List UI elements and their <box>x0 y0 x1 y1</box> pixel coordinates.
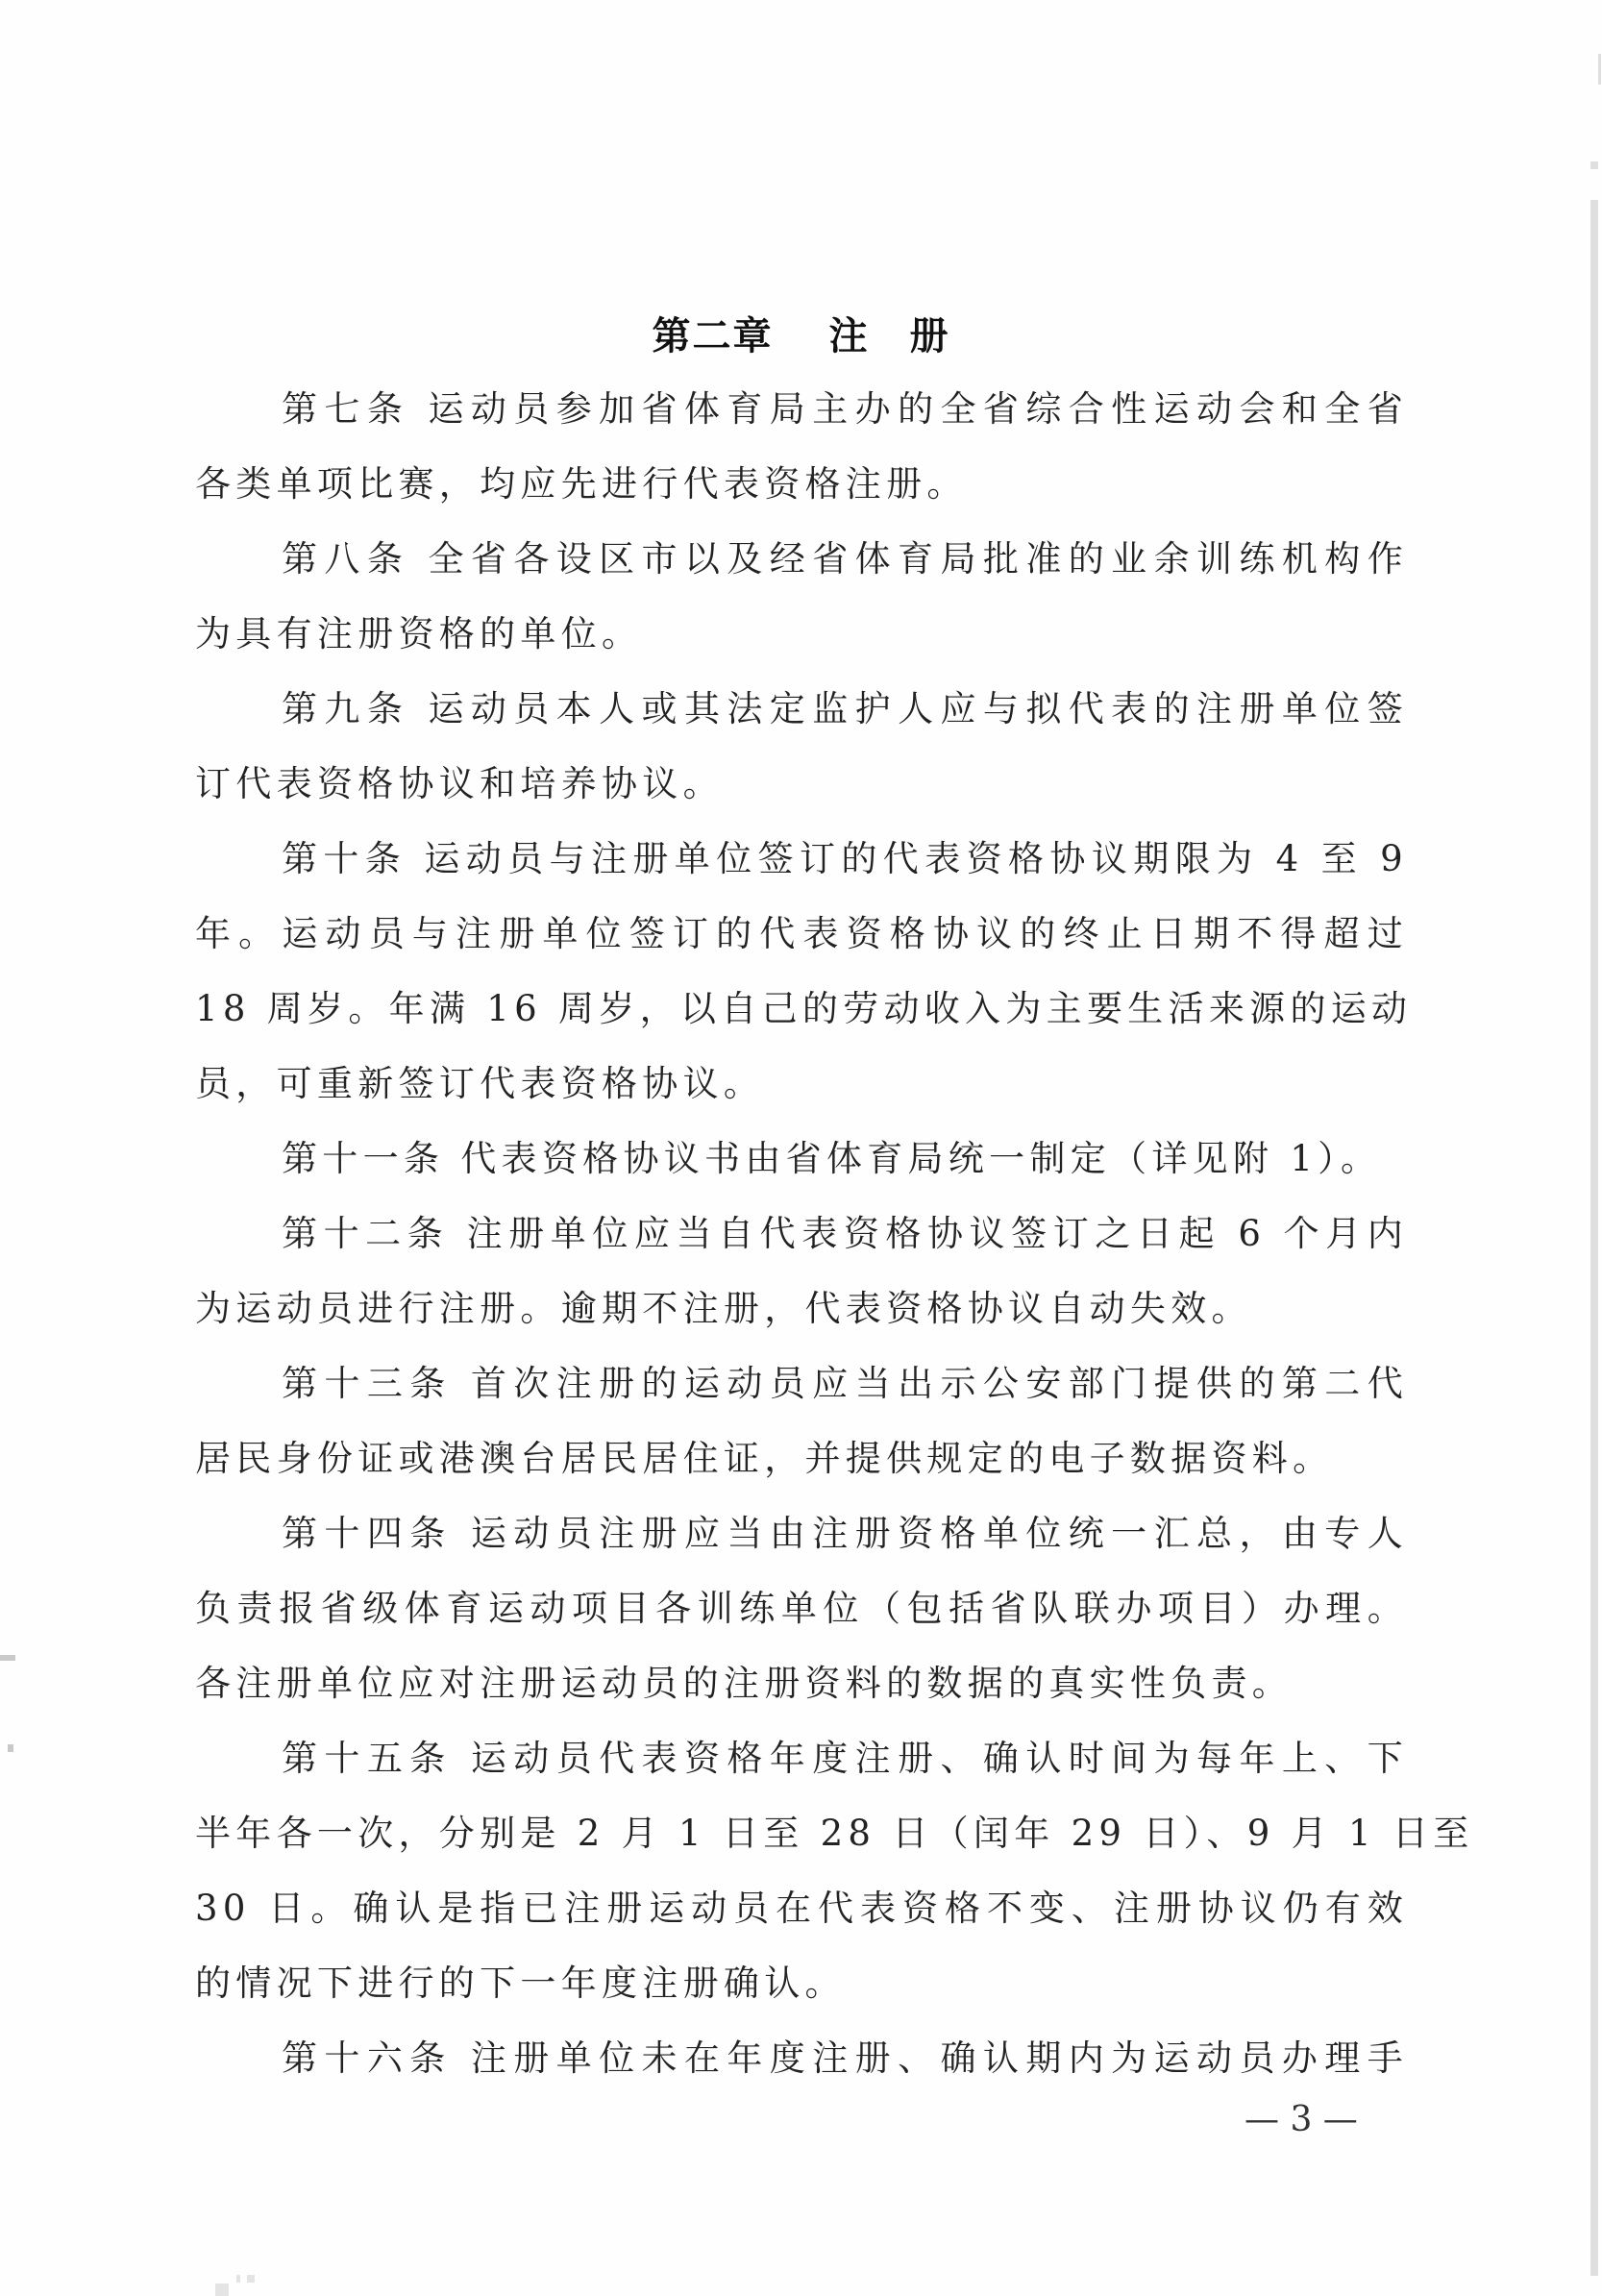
chapter-heading: 第二章 注 册 <box>0 306 1602 360</box>
scan-edge-bar <box>1590 200 1598 2026</box>
document-page: 第二章 注 册 第七条 运动员参加省体育局主办的全省综合性运动会和全省 各类单项… <box>0 0 1602 2296</box>
scan-edge-mark <box>8 1744 13 1752</box>
paragraph-line: 30 日。确认是指已注册运动员在代表资格不变、注册协议仍有效 <box>195 1880 1408 1938</box>
paragraph-line: 第十五条 运动员代表资格年度注册、确认时间为每年上、下 <box>282 1730 1408 1788</box>
paragraph-line: 第十三条 首次注册的运动员应当出示公安部门提供的第二代 <box>282 1355 1408 1413</box>
paragraph-line: 订代表资格协议和培养协议。 <box>195 755 1408 813</box>
scan-edge-mark <box>215 2284 229 2296</box>
paragraph-line: 第九条 运动员本人或其法定监护人应与拟代表的注册单位签 <box>282 680 1408 738</box>
scan-edge-bar <box>1590 1968 1598 2276</box>
paragraph-line: 第七条 运动员参加省体育局主办的全省综合性运动会和全省 <box>282 381 1408 438</box>
scan-edge-mark <box>0 1655 15 1661</box>
page-number: — 3 — <box>1245 2100 1358 2139</box>
paragraph-line: 半年各一次，分别是 2 月 1 日至 28 日（闰年 29 日）、9 月 1 日… <box>195 1805 1408 1863</box>
paragraph-line: 第十二条 注册单位应当自代表资格协议签订之日起 6 个月内 <box>282 1205 1408 1263</box>
paragraph-line: 负责报省级体育运动项目各训练单位（包括省队联办项目）办理。 <box>195 1580 1408 1638</box>
paragraph-line: 各注册单位应对注册运动员的注册资料的数据的真实性负责。 <box>195 1655 1408 1713</box>
paragraph-line: 为运动员进行注册。逾期不注册，代表资格协议自动失效。 <box>195 1280 1408 1338</box>
scan-edge-mark <box>1590 161 1598 169</box>
scan-edge-mark <box>1598 54 1601 85</box>
paragraph-line: 18 周岁。年满 16 周岁，以自己的劳动收入为主要生活来源的运动 <box>195 980 1408 1038</box>
paragraph-line: 第十六条 注册单位未在年度注册、确认期内为运动员办理手 <box>282 2030 1408 2087</box>
paragraph-line: 居民身份证或港澳台居民居住证，并提供规定的电子数据资料。 <box>195 1430 1408 1488</box>
paragraph-line: 第十条 运动员与注册单位签订的代表资格协议期限为 4 至 9 <box>282 830 1408 888</box>
paragraph-line: 年。运动员与注册单位签订的代表资格协议的终止日期不得超过 <box>195 905 1408 963</box>
paragraph-line: 为具有注册资格的单位。 <box>195 605 1408 663</box>
scan-edge-mark <box>236 2275 240 2283</box>
paragraph-line: 第十四条 运动员注册应当由注册资格单位统一汇总，由专人 <box>282 1505 1408 1563</box>
scan-edge-mark <box>247 2275 255 2283</box>
paragraph-line: 第十一条 代表资格协议书由省体育局统一制定（详见附 1）。 <box>282 1130 1408 1188</box>
paragraph-line: 第八条 全省各设区市以及经省体育局批准的业余训练机构作 <box>282 531 1408 588</box>
paragraph-line: 各类单项比赛，均应先进行代表资格注册。 <box>195 456 1408 513</box>
paragraph-line: 员，可重新签订代表资格协议。 <box>195 1055 1408 1113</box>
paragraph-line: 的情况下进行的下一年度注册确认。 <box>195 1955 1408 2012</box>
